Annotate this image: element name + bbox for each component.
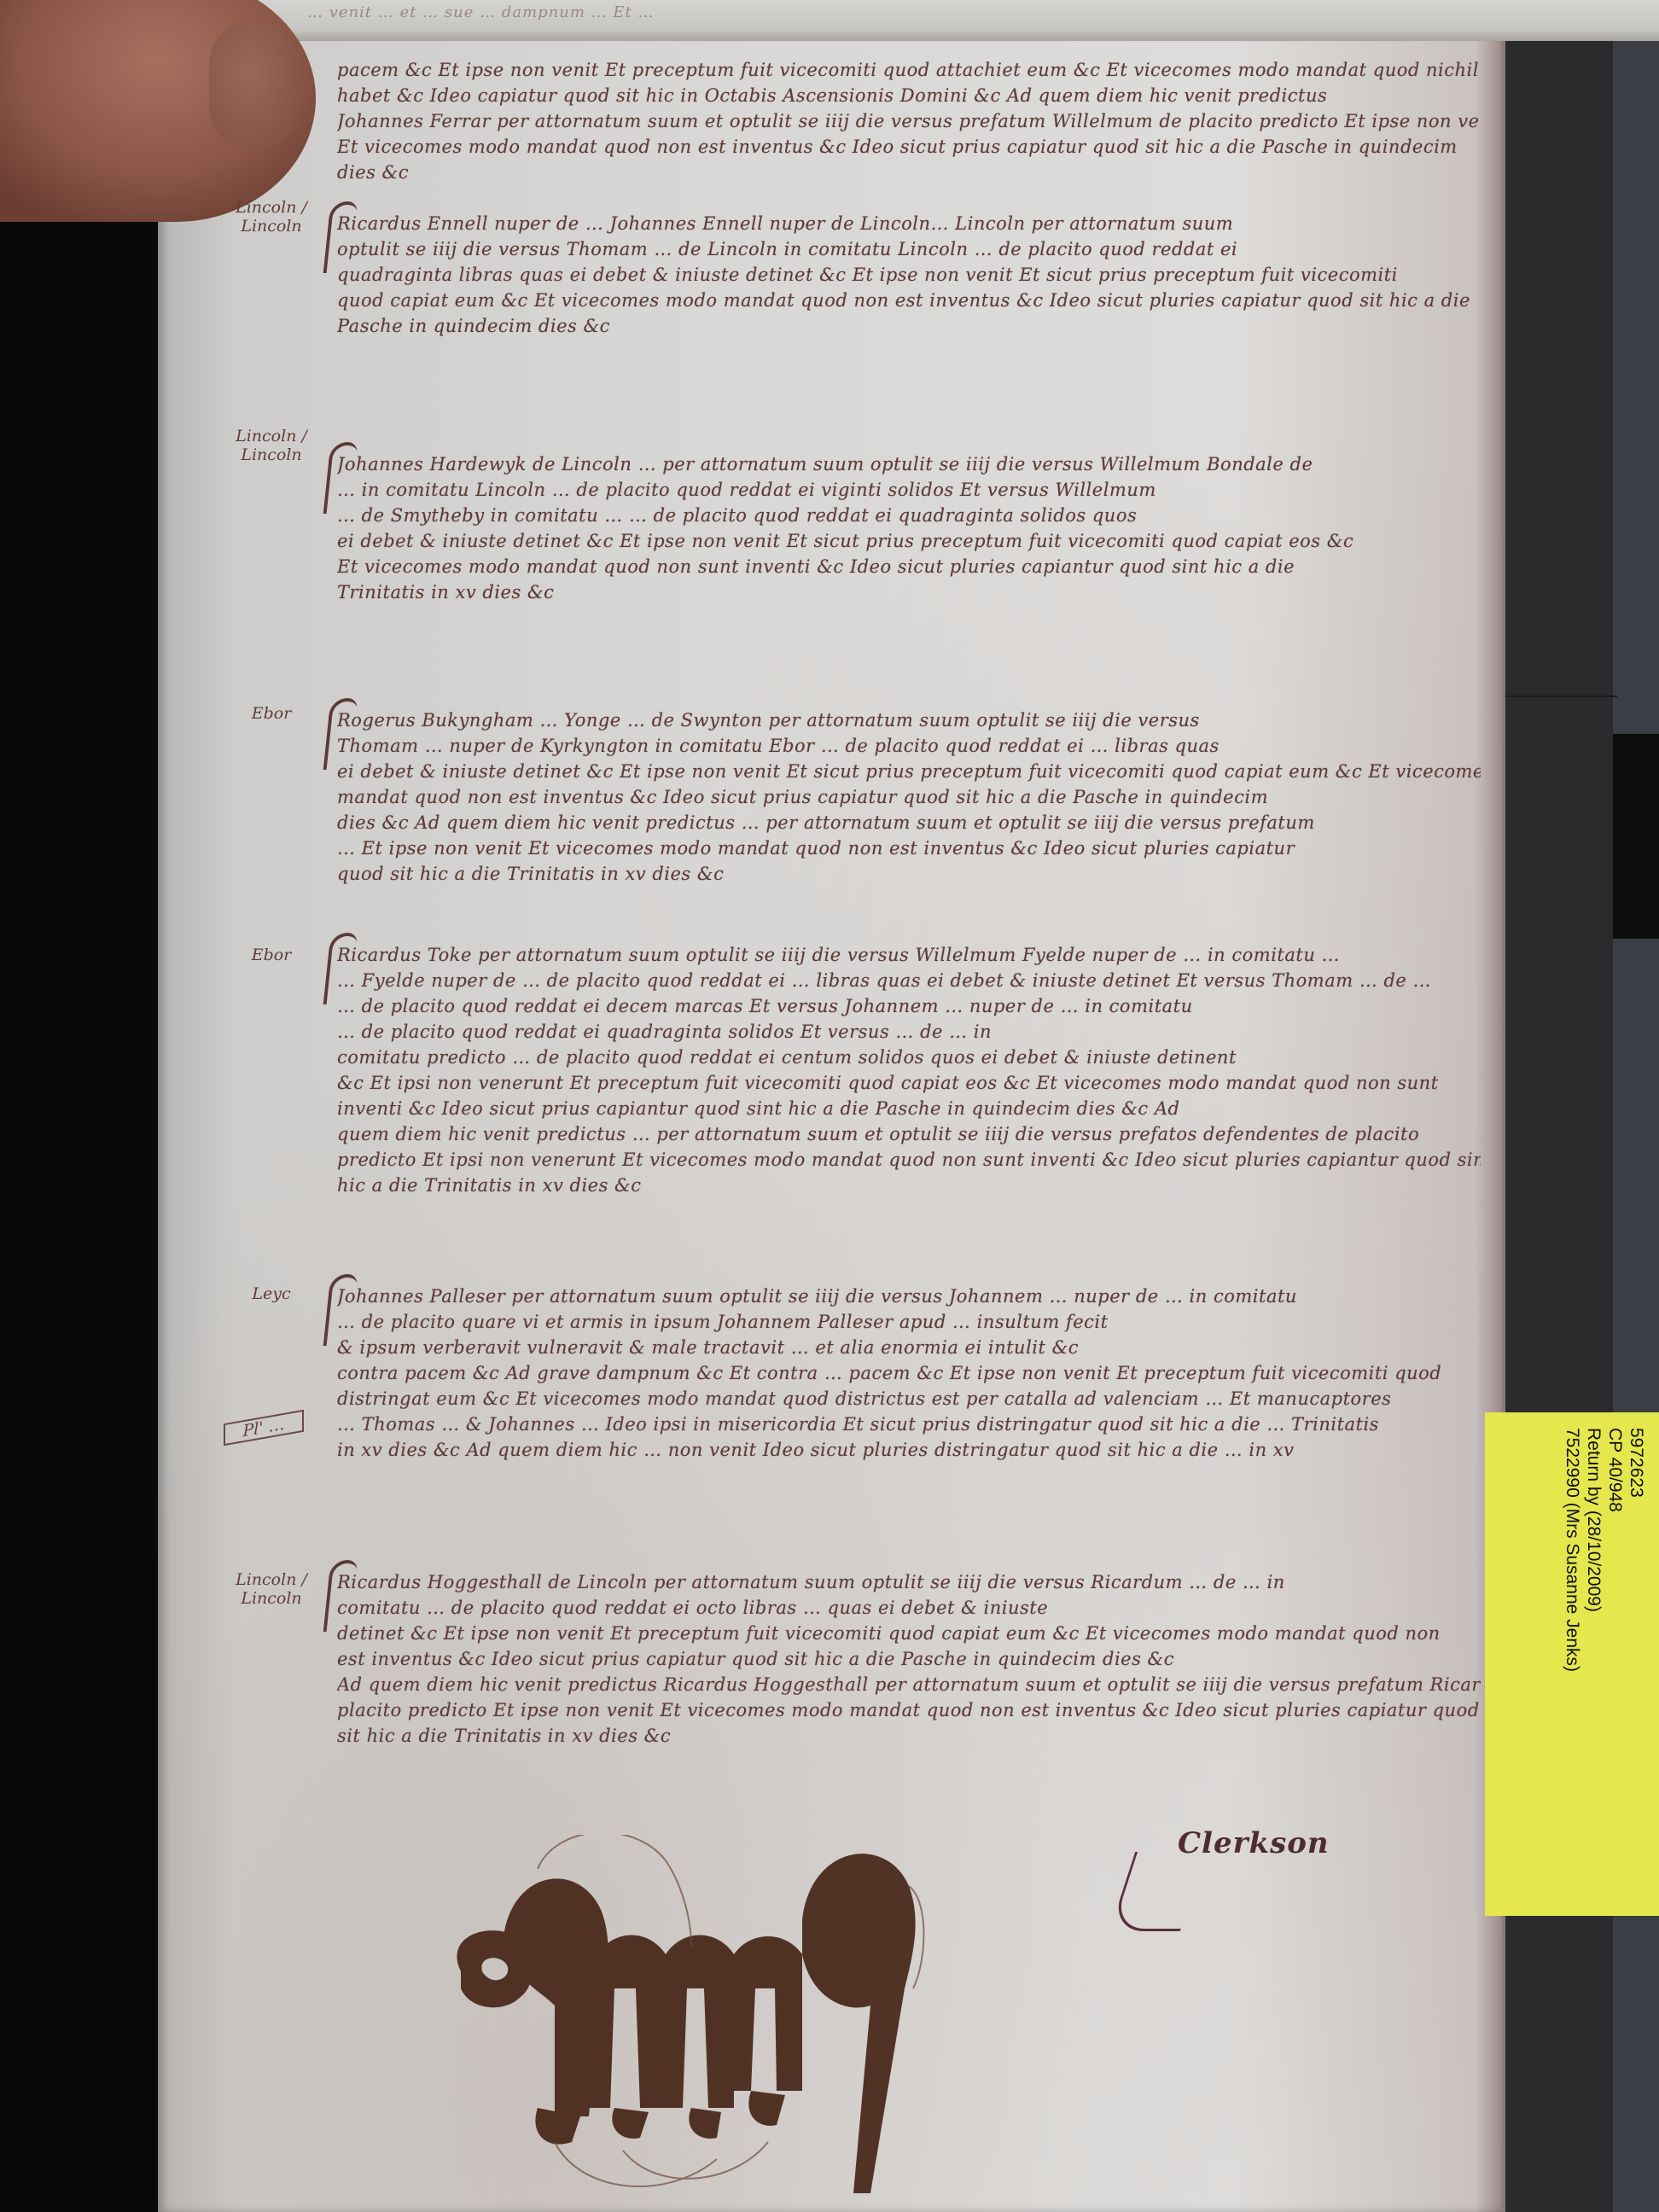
text-line: dies &c Ad quem diem hic venit predictus…	[337, 811, 1481, 835]
text-line: … de placito quod reddat ei decem marcas…	[337, 994, 1481, 1018]
text-line: quod capiat eum &c Et vicecomes modo man…	[337, 288, 1481, 312]
text-line: … de Smytheby in comitatu … … de placito…	[337, 504, 1481, 527]
text-line: Et vicecomes modo mandat quod non est in…	[337, 135, 1481, 159]
text-line: quod sit hic a die Trinitatis in xv dies…	[337, 862, 1481, 886]
plea-entry-1: Ricardus Ennell nuper de … Johannes Enne…	[337, 212, 1481, 340]
ink-monogram-icon	[410, 1835, 973, 2212]
text-line: Thomam … nuper de Kyrkyngton in comitatu…	[337, 734, 1481, 758]
text-line: Pasche in quindecim dies &c	[337, 314, 1481, 338]
text-line: Johannes Hardewyk de Lincoln … per attor…	[337, 452, 1481, 476]
thumbnail-nail	[209, 21, 303, 149]
text-line: Ad quem diem hic venit predictus Ricardu…	[337, 1673, 1481, 1697]
text-line: mandat quod non est inventus &c Ideo sic…	[337, 785, 1481, 809]
text-line: … Et ipse non venit Et vicecomes modo ma…	[337, 836, 1481, 860]
text-line: & ipsum verberavit vulneravit & male tra…	[337, 1336, 1481, 1359]
plea-entry-2: Johannes Hardewyk de Lincoln … per attor…	[337, 452, 1481, 606]
label-ticket-number: 5972623	[1626, 1428, 1647, 1672]
text-line: ei debet & iniuste detinet &c Et ipse no…	[337, 529, 1481, 553]
text-line: placito predicto Et ipse non venit Et vi…	[337, 1698, 1481, 1722]
label-text: 5972623 CP 40/948 Return by (28/10/2009)…	[1562, 1428, 1647, 1672]
label-return-date: Return by (28/10/2009)	[1583, 1428, 1604, 1672]
rolled-text-fragment: … venit … et … sue … dampnum … Et …	[307, 3, 1485, 34]
text-line: … Thomas … & Johannes … Ideo ipsi in mis…	[337, 1412, 1481, 1436]
text-line: Et vicecomes modo mandat quod non sunt i…	[337, 555, 1481, 579]
text-line: predicto Et ipsi non venerunt Et vicecom…	[337, 1148, 1481, 1172]
text-line: Ricardus Ennell nuper de … Johannes Enne…	[337, 212, 1481, 236]
text-line: pacem &c Et ipse non venit Et preceptum …	[337, 58, 1481, 82]
plea-entry-3: Rogerus Bukyngham … Yonge … de Swynton p…	[337, 708, 1481, 888]
shadow-block	[1613, 734, 1659, 939]
text-line: est inventus &c Ideo sicut prius capiatu…	[337, 1647, 1481, 1671]
text-line: comitatu … de placito quod reddat ei oct…	[337, 1596, 1481, 1620]
text-line: Johannes Palleser per attornatum suum op…	[337, 1284, 1481, 1308]
text-line: comitatu predicto … de placito quod redd…	[337, 1045, 1481, 1069]
clerk-signature: Clerkson	[1178, 1826, 1330, 1860]
label-document-reference: CP 40/948	[1604, 1428, 1626, 1672]
text-line: distringat eum &c Et vicecomes modo mand…	[337, 1387, 1481, 1411]
text-line: in xv dies &c Ad quem diem hic … non ven…	[337, 1438, 1481, 1462]
text-line: Ricardus Hoggesthall de Lincoln per atto…	[337, 1570, 1481, 1594]
archive-label: 5972623 CP 40/948 Return by (28/10/2009)…	[1485, 1412, 1659, 1916]
text-line: … de placito quod reddat ei quadraginta …	[337, 1020, 1481, 1044]
text-line: contra pacem &c Ad grave dampnum &c Et c…	[337, 1361, 1481, 1385]
text-line: &c Et ipsi non venerunt Et preceptum fui…	[337, 1071, 1481, 1095]
margin-county-note: Ebor	[220, 946, 323, 964]
text-line: … Fyelde nuper de … de placito quod redd…	[337, 969, 1481, 992]
text-line: … de placito quare vi et armis in ipsum …	[337, 1310, 1481, 1334]
text-line: hic a die Trinitatis in xv dies &c	[337, 1173, 1481, 1197]
text-line: Ricardus Toke per attornatum suum optuli…	[337, 943, 1481, 967]
text-line: habet &c Ideo capiatur quod sit hic in O…	[337, 84, 1481, 108]
text-line: quadraginta libras quas ei debet & inius…	[337, 263, 1481, 287]
text-line: Trinitatis in xv dies &c	[337, 580, 1481, 604]
plea-entry-6: Ricardus Hoggesthall de Lincoln per atto…	[337, 1570, 1481, 1749]
margin-county-note: Lincoln / Lincoln	[220, 198, 323, 236]
text-line: … in comitatu Lincoln … de placito quod …	[337, 478, 1481, 502]
text-line: detinet &c Et ipse non venit Et preceptu…	[337, 1621, 1481, 1645]
margin-county-note: Ebor	[220, 704, 323, 723]
text-line: sit hic a die Trinitatis in xv dies &c	[337, 1724, 1481, 1748]
plea-entry-5: Johannes Palleser per attornatum suum op…	[337, 1284, 1481, 1464]
text-line: dies &c	[337, 160, 1481, 184]
text-line: ei debet & iniuste detinet &c Et ipse no…	[337, 760, 1481, 783]
margin-county-note: Leyc	[220, 1284, 323, 1303]
text-line: quem diem hic venit predictus … per atto…	[337, 1122, 1481, 1146]
plea-entry-0: pacem &c Et ipse non venit Et preceptum …	[337, 58, 1481, 186]
plea-entry-4: Ricardus Toke per attornatum suum optuli…	[337, 943, 1481, 1199]
board-seam	[1489, 696, 1617, 697]
text-line: inventi &c Ideo sicut prius capiantur qu…	[337, 1097, 1481, 1121]
text-line: Johannes Ferrar per attornatum suum et o…	[337, 109, 1481, 133]
margin-county-note: Lincoln / Lincoln	[220, 427, 323, 464]
margin-county-note: Lincoln / Lincoln	[220, 1570, 323, 1608]
text-line: Rogerus Bukyngham … Yonge … de Swynton p…	[337, 708, 1481, 732]
label-reader: 7522990 (Mrs Susanne Jenks)	[1562, 1428, 1583, 1672]
text-line: optulit se iiij die versus Thomam … de L…	[337, 237, 1481, 261]
